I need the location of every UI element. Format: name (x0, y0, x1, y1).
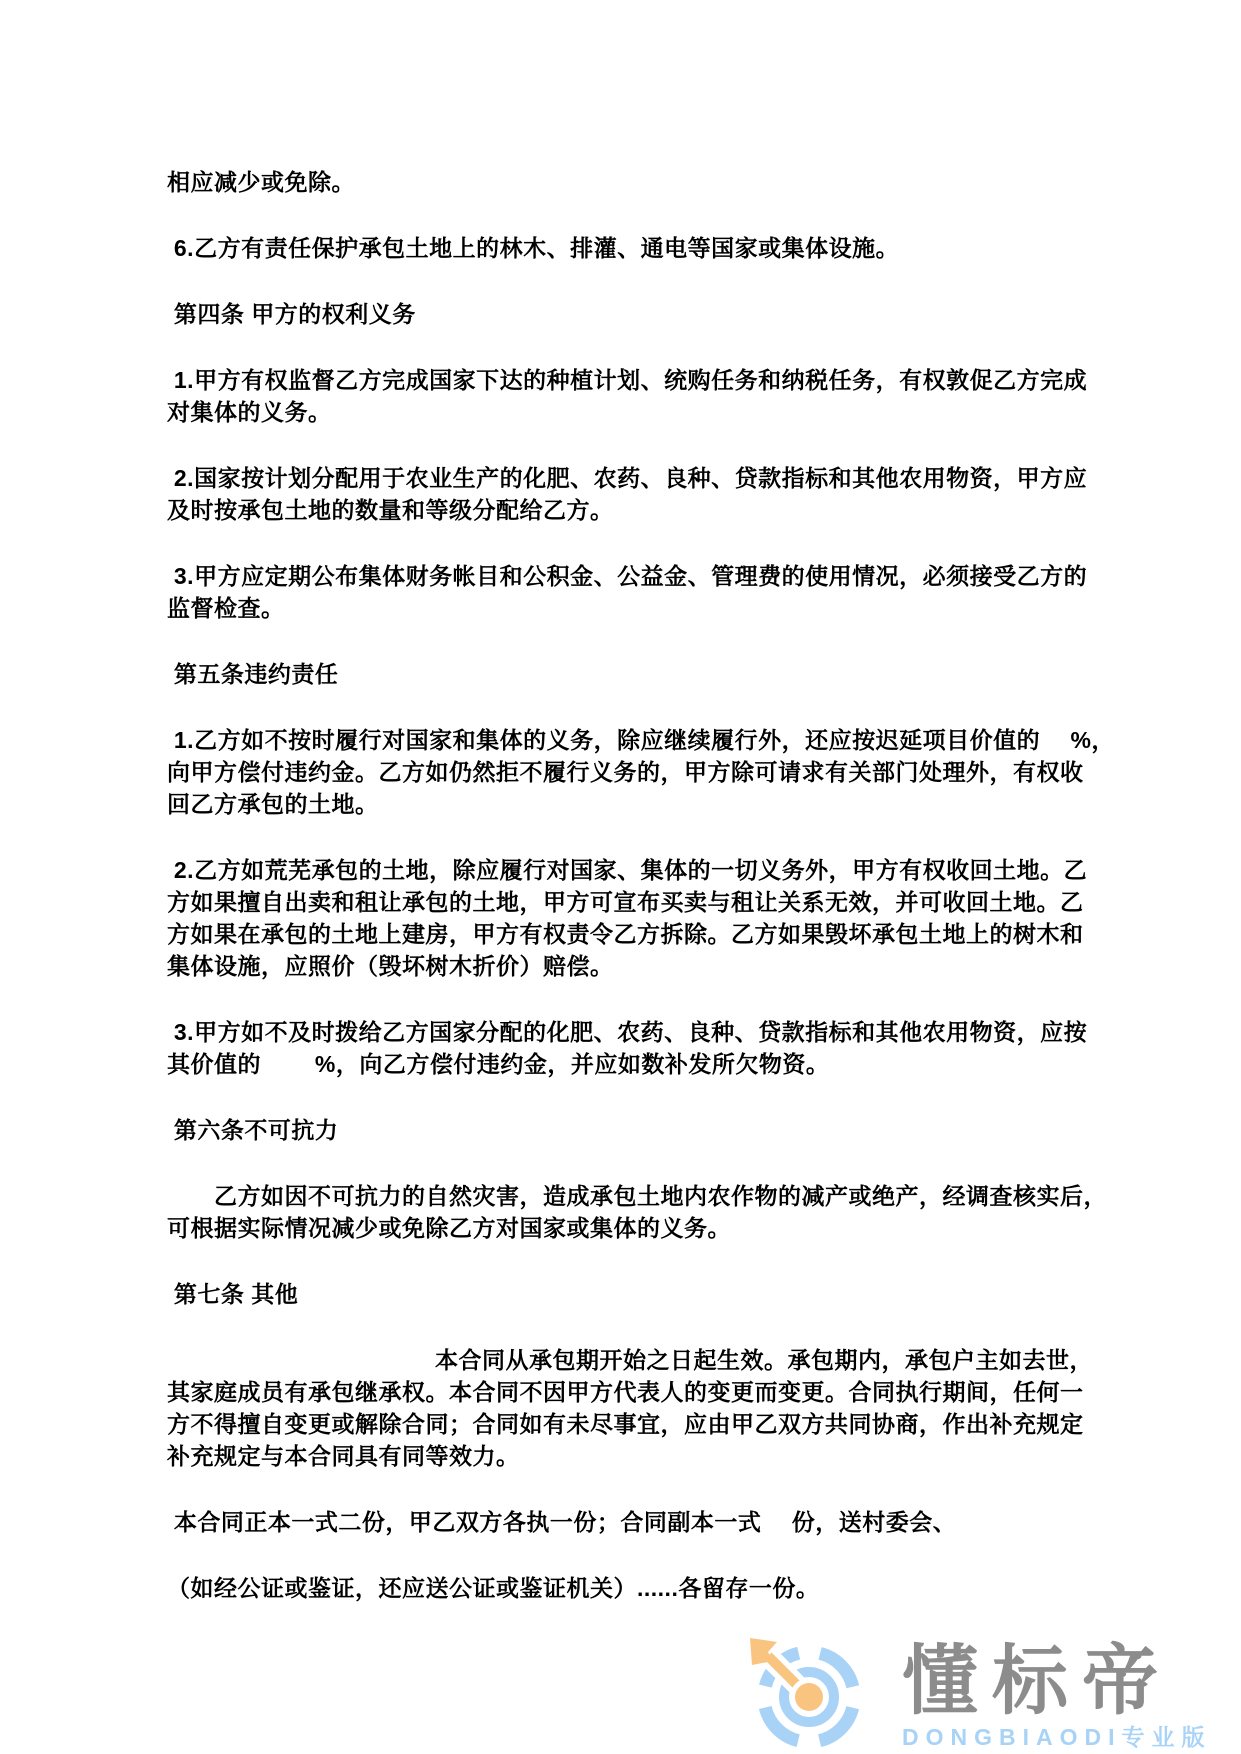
clause-tail: 相应减少或免除。 (167, 166, 1089, 198)
contract-page: 相应减少或免除。 6.乙方有责任保护承包土地上的林木、排灌、通电等国家或集体设施… (0, 0, 1241, 1754)
watermark-subtitle-text: DONGBIAODI专业版 (902, 1725, 1212, 1749)
watermark: 懂标帝 DONGBIAODI专业版 (742, 1628, 1212, 1754)
article-4-heading: 第四条 甲方的权利义务 (167, 298, 1089, 330)
watermark-brand-text: 懂标帝 (902, 1644, 1212, 1720)
notary-clause: （如经公证或鉴证，还应送公证或鉴证机关）......各留存一份。 (167, 1572, 1089, 1604)
article-7-body: 本合同从承包期开始之日起生效。承包期内，承包户主如去世，其家庭成员有承包继承权。… (167, 1344, 1089, 1472)
contract-body: 相应减少或免除。 6.乙方有责任保护承包土地上的林木、排灌、通电等国家或集体设施… (167, 166, 1089, 1638)
article-5-heading: 第五条违约责任 (167, 658, 1089, 690)
target-dart-icon (742, 1628, 868, 1754)
article-5-item-2: 2.乙方如荒芜承包的土地，除应履行对国家、集体的一切义务外，甲方有权收回土地。乙… (167, 854, 1089, 982)
watermark-text-block: 懂标帝 DONGBIAODI专业版 (902, 1644, 1212, 1749)
article-5-item-1: 1.乙方如不按时履行对国家和集体的义务，除应继续履行外，还应按迟延项目价值的 %… (167, 724, 1089, 820)
article-6-heading: 第六条不可抗力 (167, 1114, 1089, 1146)
copies-clause: 本合同正本一式二份，甲乙双方各执一份；合同副本一式 份，送村委会、 (167, 1506, 1089, 1538)
article-4-item-1: 1.甲方有权监督乙方完成国家下达的种植计划、统购任务和纳税任务，有权敦促乙方完成… (167, 364, 1089, 428)
article-4-item-3: 3.甲方应定期公布集体财务帐目和公积金、公益金、管理费的使用情况，必须接受乙方的… (167, 560, 1089, 624)
article-4-item-2: 2.国家按计划分配用于农业生产的化肥、农药、良种、贷款指标和其他农用物资，甲方应… (167, 462, 1089, 526)
item-6: 6.乙方有责任保护承包土地上的林木、排灌、通电等国家或集体设施。 (167, 232, 1089, 264)
article-5-item-3: 3.甲方如不及时拨给乙方国家分配的化肥、农药、良种、贷款指标和其他农用物资，应按… (167, 1016, 1089, 1080)
article-6-body: 乙方如因不可抗力的自然灾害，造成承包土地内农作物的减产或绝产，经调查核实后，可根… (167, 1180, 1089, 1244)
article-7-heading: 第七条 其他 (167, 1278, 1089, 1310)
